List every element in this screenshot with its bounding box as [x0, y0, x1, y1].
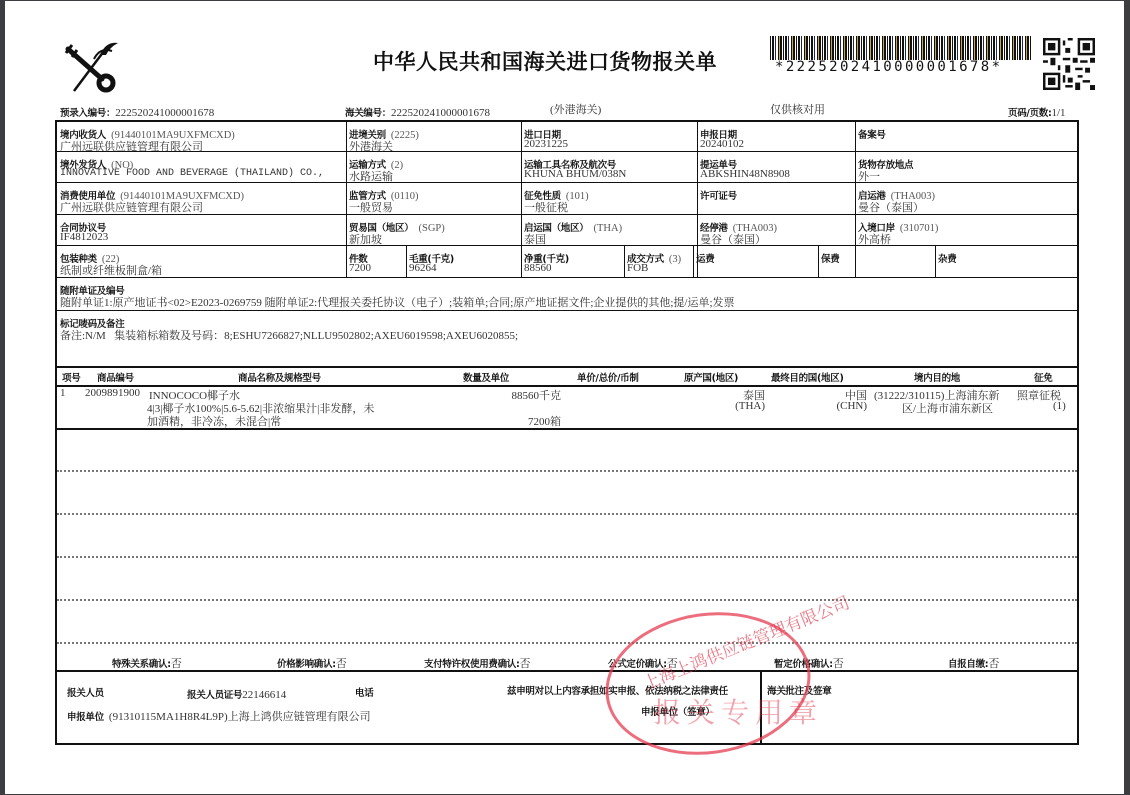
field-consignee: 境内收货人 (91440101MA9UXFMCXD) 广州远联供应链管理有限公司: [57, 122, 346, 151]
declaring-unit: 申报单位 (91310115MA1H8R4L9P)上海上鸿供应链管理有限公司: [67, 705, 371, 724]
document-page: 中华人民共和国海关进口货物报关单 *2225202410000001678* 预…: [5, 1, 1124, 794]
customs-emblem-icon: [60, 37, 120, 95]
col-qty: 数量及单位: [463, 370, 509, 384]
page-title: 中华人民共和国海关进口货物报关单: [373, 46, 717, 76]
col-name: 商品名称及规格型号: [238, 370, 321, 384]
pre-entry-number: 预录入编号：222520241000001678: [60, 101, 214, 120]
col-levy: 征免: [1034, 370, 1052, 384]
verification-notice: 仅供核对用: [770, 101, 825, 117]
phone-label: 电话: [355, 685, 373, 699]
declarant-id: 报关人员证号22146614: [187, 683, 286, 702]
confirm-special-relation: 特殊关系确认:否: [112, 652, 182, 671]
col-price: 单价/总价/币制: [577, 370, 639, 384]
confirm-royalty: 支付特许权使用费确认:否: [424, 652, 531, 671]
confirm-price-impact: 价格影响确认:否: [277, 652, 347, 671]
barcode: [770, 36, 1032, 60]
declaration-form: 境内收货人 (91440101MA9UXFMCXD) 广州远联供应链管理有限公司…: [55, 120, 1079, 745]
customs-office: (外港海关): [550, 101, 601, 117]
table-row: 1 2009891900 INNOCOCO椰子水 4|3|椰子水100%|5.6…: [57, 386, 1077, 428]
col-dest: 最终目的国(地区): [771, 370, 843, 384]
col-origin: 原产国(地区): [684, 370, 738, 384]
page-count: 页码/页数:1/1: [1008, 101, 1066, 120]
col-domestic-dest: 境内目的地: [914, 370, 960, 384]
declarant-label: 报关人员: [67, 685, 104, 699]
barcode-text: *2225202410000001678*: [775, 59, 1002, 75]
confirm-self-payment: 自报自缴:否: [948, 652, 999, 671]
col-hs-code: 商品编号: [97, 370, 134, 384]
qr-code-icon: [1043, 38, 1095, 90]
col-item-no: 项号: [62, 370, 80, 384]
customs-number: 海关编号：222520241000001678: [345, 101, 490, 120]
seal-purpose: 报关专用章: [653, 691, 823, 731]
